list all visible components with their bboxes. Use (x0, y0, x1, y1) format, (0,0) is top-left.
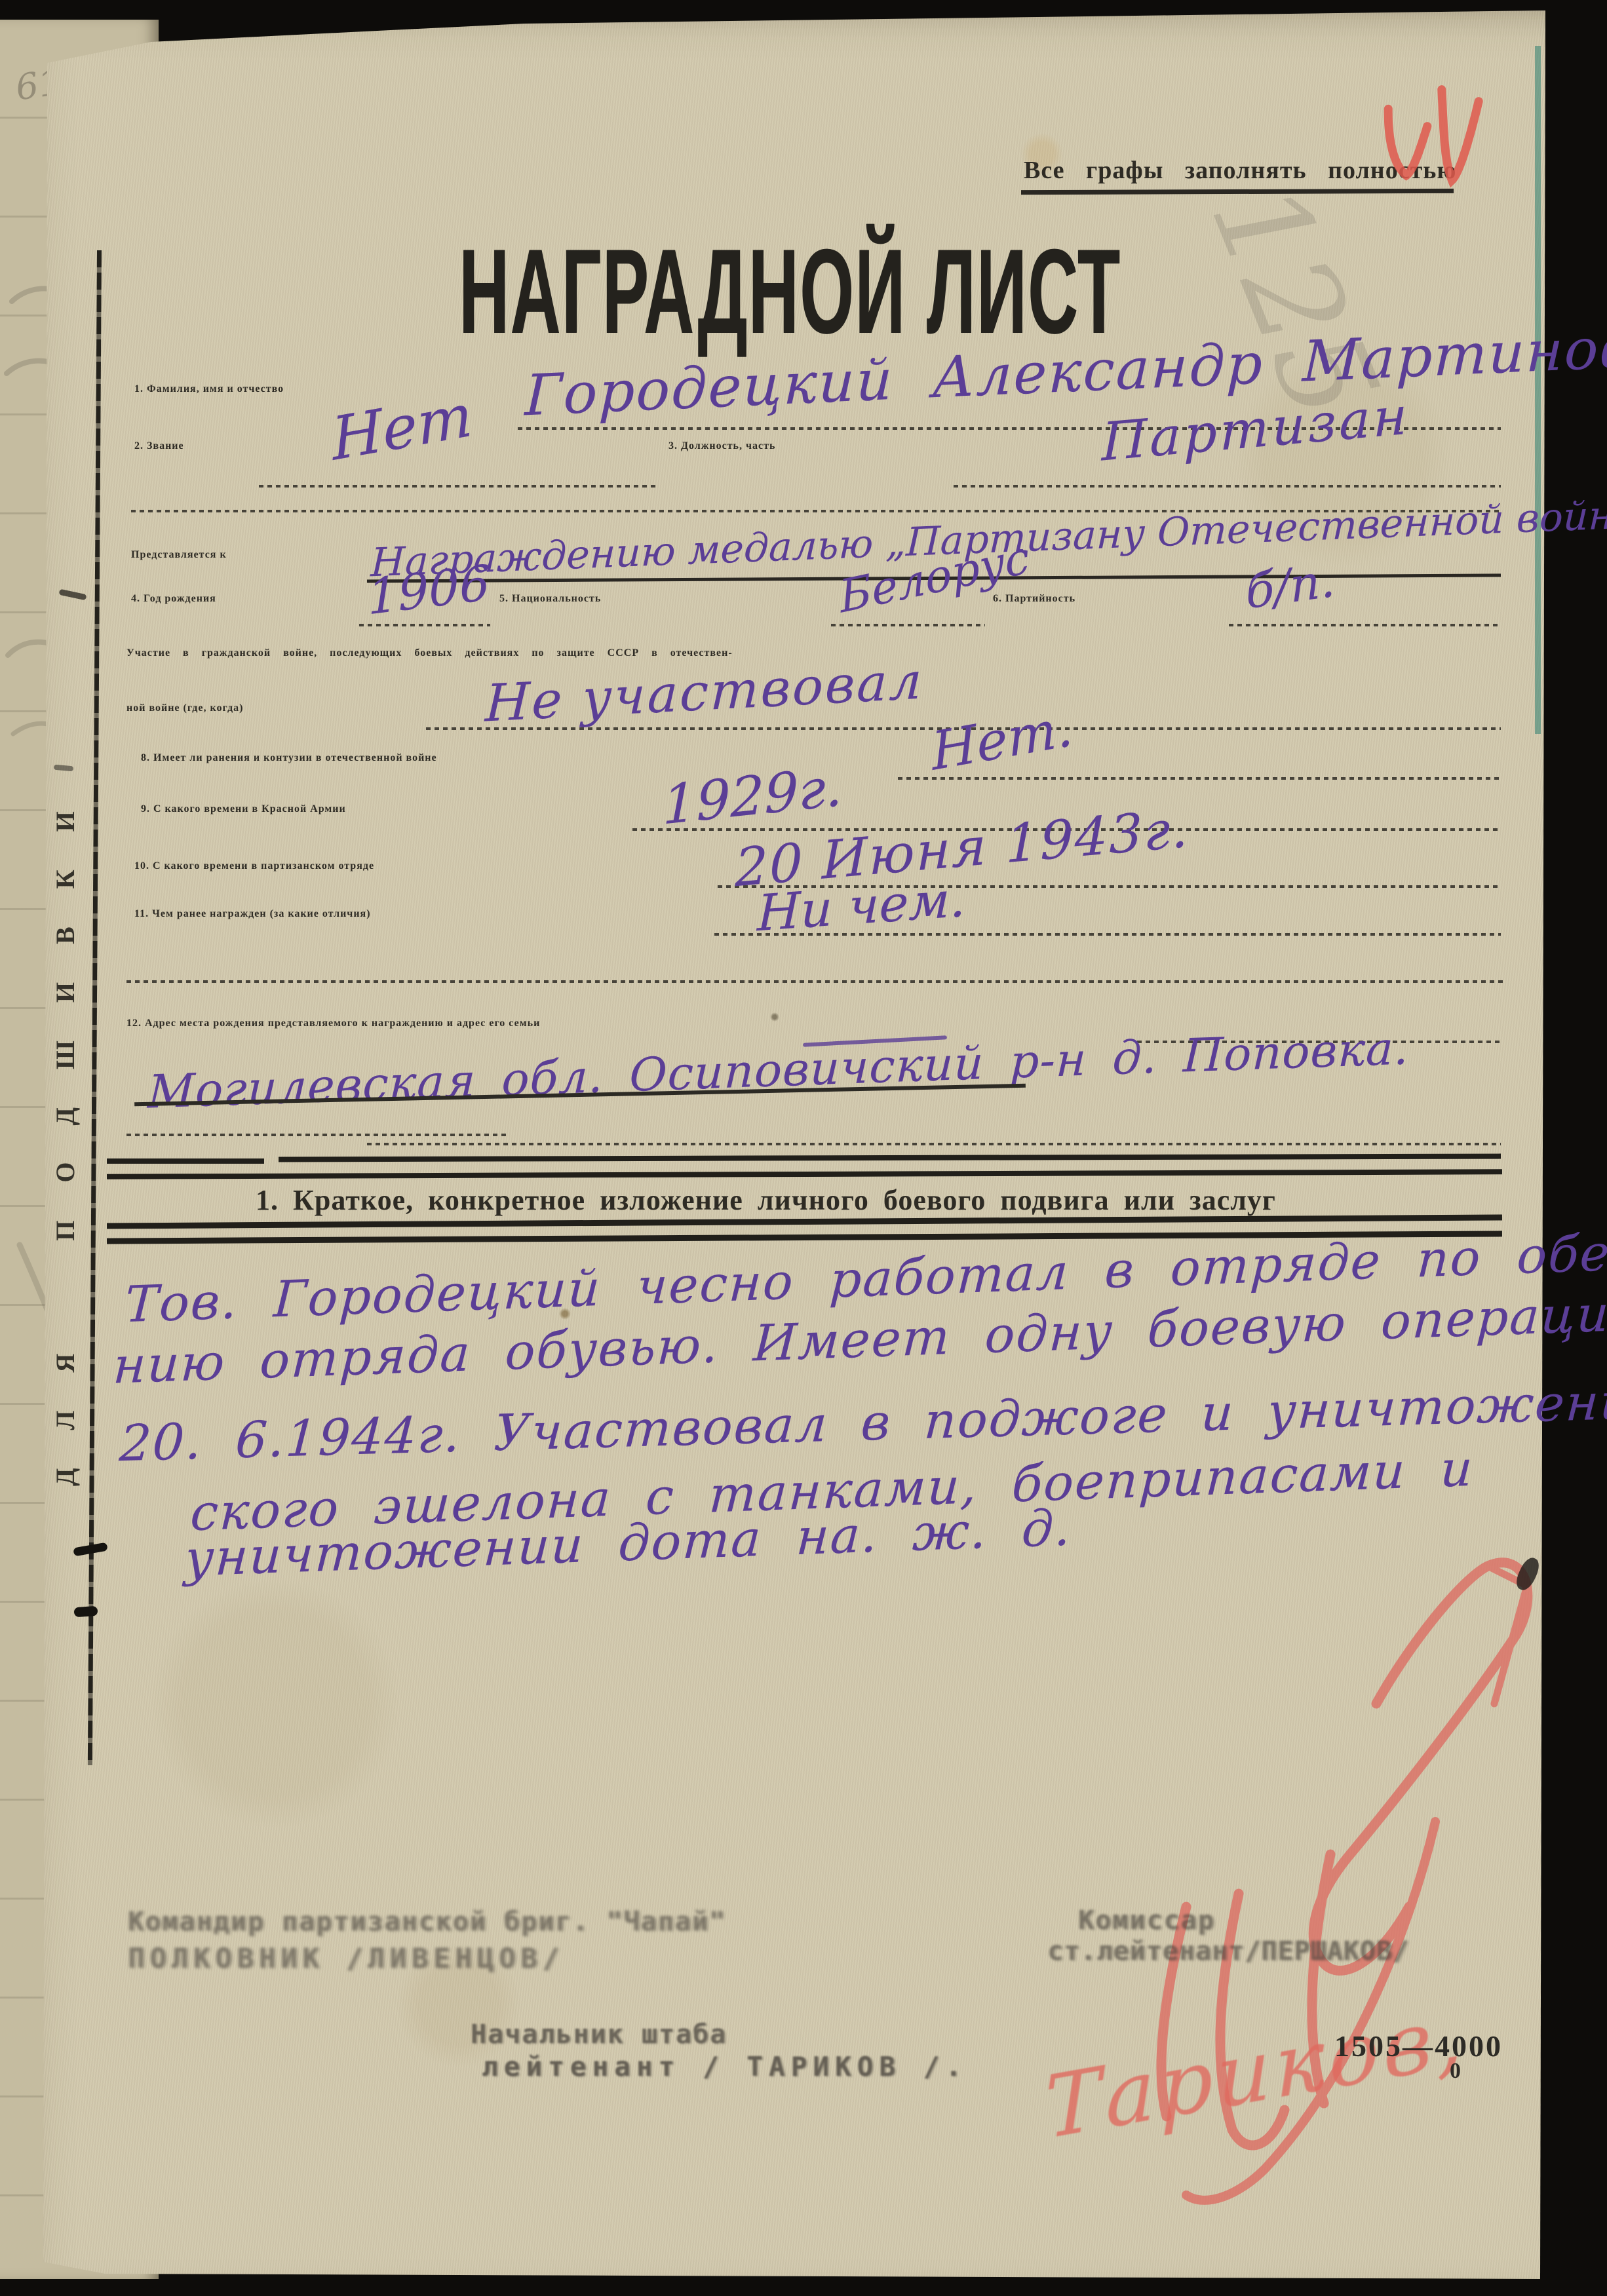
scanned-award-document: 61 ДЛЯ ПОДШИВКИ Все графы заполнять полн… (0, 0, 1607, 2296)
print-run-code-sub: 0 (1450, 2059, 1461, 2084)
field-9-label: 9. С какого времени в Красной Армии (141, 803, 346, 815)
commander-role: Командир партизанской бриг. "Чапай" (128, 1907, 726, 1937)
field-6-label: 6. Партийность (993, 593, 1075, 605)
field-8-line (898, 777, 1501, 780)
chief-of-staff-rank-name: лейтенант / ТАРИКОВ /. (482, 2051, 967, 2082)
document-title: НАГРАДНОЙ ЛИСТ (459, 221, 1121, 361)
field-11-label: 11. Чем ранее награжден (за какие отличи… (134, 908, 371, 920)
field-4-label: 4. Год рождения (131, 593, 216, 605)
book-edge (1535, 46, 1541, 734)
field-2-line (259, 485, 659, 488)
field-3-label: 3. Должность, часть (668, 440, 775, 452)
field-7-label-line1: Участие в гражданской войне, последующих… (126, 647, 733, 659)
spare-line (126, 980, 1503, 983)
commander-rank-name: ПОЛКОВНИК /ЛИВЕНЦОВ/ (128, 1942, 564, 1974)
field-7-label-line2: ной войне (где, когда) (126, 702, 243, 714)
punch-hole-tear (74, 1606, 98, 1617)
field-8-label: 8. Имеет ли ранения и контузии в отечест… (141, 752, 437, 764)
field-2-label: 2. Звание (134, 440, 184, 452)
spare-line (367, 1143, 1501, 1145)
print-run-code: 1505—4000 (1334, 2029, 1503, 2063)
spare-line (126, 1134, 507, 1136)
field-12-label: 12. Адрес места рождения представляемого… (126, 1018, 540, 1029)
chief-of-staff-role: Начальник штаба (471, 2019, 727, 2050)
field-3-line (954, 485, 1501, 488)
section-rule (107, 1158, 264, 1164)
presented-label: Представляется к (131, 549, 227, 561)
field-5-line (831, 624, 985, 626)
filing-margin-label: ДЛЯ ПОДШИВКИ (50, 773, 81, 1486)
commissar-rank-name: ст.лейтенант/ПЕРШАКОВ/ (1047, 1936, 1409, 1966)
commissar-role: Комиссар (1078, 1905, 1215, 1936)
field-4-line (359, 624, 490, 626)
field-6-line (1229, 624, 1501, 626)
section-header: 1. Краткое, конкретное изложение личного… (256, 1183, 1276, 1217)
field-10-label: 10. С какого времени в партизанском отря… (134, 860, 374, 872)
red-check-mark (1369, 64, 1488, 212)
field-1-label: 1. Фамилия, имя и отчество (134, 383, 284, 395)
field-5-label: 5. Национальность (499, 593, 601, 605)
